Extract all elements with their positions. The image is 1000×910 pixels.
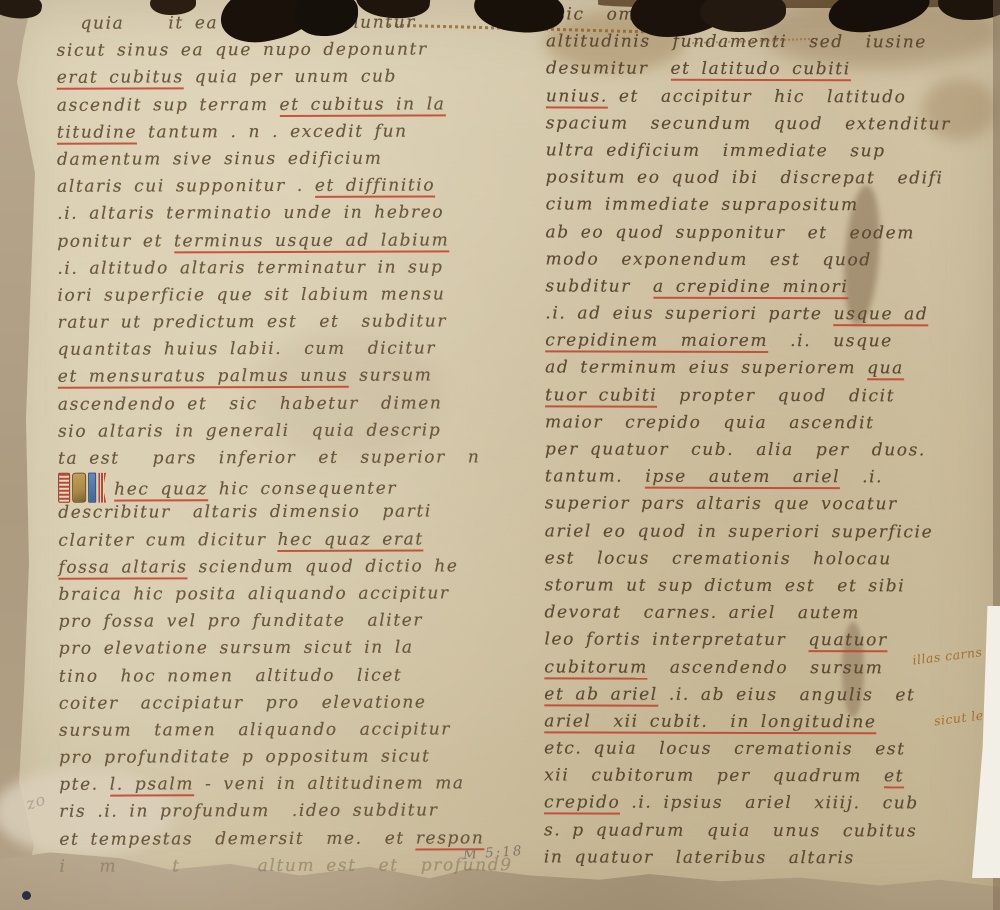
rubricated-segment: hec quaz bbox=[114, 479, 208, 501]
line-segment: .i. ad eius superiori parte bbox=[545, 303, 833, 324]
manuscript-line: sursum tamen aliquando accipitur bbox=[59, 716, 499, 745]
line-segment: altaris cui supponitur . bbox=[57, 176, 315, 197]
line-segment: sursum tamen aliquando accipitur bbox=[59, 719, 451, 740]
rubricated-segment: et bbox=[884, 767, 904, 789]
rubricated-segment: hec quaz erat bbox=[278, 529, 424, 552]
line-segment: s. p quadrum quia unus cubitus bbox=[544, 820, 917, 841]
manuscript-line: pro elevatione sursum sicut in la bbox=[59, 635, 499, 664]
rubricated-segment: l. psalm bbox=[110, 775, 194, 797]
line-segment: damentum sive sinus edificium bbox=[57, 149, 382, 170]
manuscript-line: crepidinem maiorem .i. usque bbox=[545, 328, 995, 356]
line-segment: ponitur et bbox=[57, 231, 174, 251]
manuscript-line: modo exponendum est quod bbox=[545, 246, 995, 274]
rubricated-segment: titudine bbox=[57, 122, 137, 144]
manuscript-line: erat cubitus quia per unum cub bbox=[57, 64, 497, 93]
manuscript-line: et tempestas demersit me. et respon bbox=[59, 825, 499, 854]
manuscript-line: quia it ea que supponuntur bbox=[56, 9, 496, 38]
manuscript-line: .i. altaris terminatio unde in hebreo bbox=[57, 200, 497, 229]
line-segment: ris .i. in profundum .ideo subditur bbox=[59, 801, 438, 822]
rubricated-segment: crepidinem maiorem bbox=[545, 331, 768, 354]
line-segment: i m t altum est et profund9 bbox=[59, 855, 512, 877]
manuscript-line: ariel eo quod in superiori superficie bbox=[545, 518, 995, 546]
manuscript-line: altaris cui supponitur . et diffinitio bbox=[57, 172, 497, 201]
line-segment: quia it ea que supponuntur bbox=[80, 13, 415, 34]
line-segment: modo exponendum est quod bbox=[545, 249, 871, 270]
manuscript-line: quantitas huius labii. cum dicitur bbox=[58, 335, 498, 364]
line-segment: etc. quia locus cremationis est bbox=[544, 738, 906, 759]
line-segment: sicut sinus ea que nupo deponuntr bbox=[57, 40, 428, 61]
manuscript-line: ratur ut predictum est et subditur bbox=[58, 308, 498, 337]
line-segment: - veni in altitudinem ma bbox=[194, 774, 465, 795]
manuscript-line: iori superficie que sit labium mensu bbox=[57, 281, 497, 310]
line-segment: superior pars altaris que vocatur bbox=[545, 494, 898, 515]
manuscript-line: clariter cum dicitur hec quaz erat bbox=[58, 526, 498, 555]
manuscript-line: in quatuor lateribus altaris bbox=[544, 844, 994, 872]
line-segment: ascendendo et sic habetur dimen bbox=[58, 393, 443, 414]
line-segment: .i. usque bbox=[768, 331, 893, 351]
line-segment: in quatuor lateribus altaris bbox=[544, 847, 855, 868]
line-segment: iori superficie que sit labium mensu bbox=[57, 284, 445, 305]
manuscript-line: est locus cremationis holocau bbox=[545, 545, 995, 573]
line-segment: et accipitur hic latitudo bbox=[608, 86, 907, 107]
line-segment: propter quod dicit bbox=[657, 385, 895, 406]
manuscript-line: pte. l. psalm - veni in altitudinem ma bbox=[59, 770, 499, 799]
manuscript-line: desumitur et latitudo cubiti bbox=[546, 56, 996, 84]
manuscript-line: et mensuratus palmus unus sursum bbox=[58, 363, 498, 392]
manuscript-line: titudine tantum . n . excedit fun bbox=[57, 118, 497, 147]
manuscript-line: tino hoc nomen altitudo licet bbox=[59, 662, 499, 691]
manuscript-line: tuor cubiti propter quod dicit bbox=[545, 382, 995, 410]
manuscript-line: ad terminum eius superiorem qua bbox=[545, 355, 995, 383]
manuscript-line: cium immediate suprapositum bbox=[546, 192, 996, 220]
line-segment: spacium secundum quod extenditur bbox=[546, 113, 951, 134]
rubricated-segment: usque ad bbox=[834, 304, 929, 326]
line-segment: positum eo quod ibi discrepat edifi bbox=[546, 168, 944, 189]
manuscript-line: i m t altum est et profund9 bbox=[59, 852, 499, 881]
line-segment: .i. bbox=[840, 467, 883, 487]
manuscript-line: coiter accipiatur pro elevatione bbox=[59, 689, 499, 718]
manuscript-line: maior crepido quia ascendit bbox=[545, 409, 995, 437]
manuscript-line: hec quaz hic consequenter bbox=[58, 471, 498, 500]
rubricated-segment: cubitorum bbox=[544, 657, 648, 679]
line-segment: pro profunditate p oppositum sicut bbox=[59, 747, 431, 768]
line-segment: hic consequenter bbox=[208, 479, 397, 500]
initial-ornament bbox=[72, 473, 86, 503]
line-segment: ultra edificium immediate sup bbox=[546, 140, 886, 161]
rubricated-segment: crepido bbox=[544, 793, 620, 815]
manuscript-line: positum eo quod ibi discrepat edifi bbox=[546, 165, 996, 193]
line-segment: ascendit sup terram bbox=[57, 95, 280, 116]
manuscript-line: unius. et accipitur hic latitudo bbox=[546, 83, 996, 111]
line-segment: ab eo quod supponitur et eodem bbox=[546, 222, 916, 243]
initial-ornament bbox=[98, 473, 106, 503]
line-segment: xii cubitorum per quadrum bbox=[544, 766, 884, 787]
line-segment: leo fortis interpretatur bbox=[544, 630, 808, 651]
manuscript-line: tantum. ipse autem ariel .i. bbox=[545, 464, 995, 492]
line-segment: ascendendo sursum bbox=[648, 657, 884, 678]
manuscript-line: sio altaris in generali quia descrip bbox=[58, 417, 498, 446]
manuscript-line: superior pars altaris que vocatur bbox=[545, 491, 995, 519]
rubricated-segment: et ab ariel bbox=[544, 684, 658, 706]
line-segment: .i. altitudo altaris terminatur in sup bbox=[57, 257, 443, 278]
line-segment: maior crepido quia ascendit bbox=[545, 412, 875, 433]
manuscript-line: crepido .i. ipsius ariel xiiij. cub bbox=[544, 790, 994, 818]
line-segment: ta est pars inferior et superior n bbox=[58, 447, 480, 468]
line-segment: sciendum quod dictio he bbox=[188, 556, 459, 577]
initial-ornament bbox=[58, 473, 70, 503]
rubricated-segment: et cubitus in la bbox=[279, 94, 445, 117]
manuscript-line: describitur altaris dimensio parti bbox=[58, 499, 498, 528]
rubricated-segment: quatuor bbox=[808, 630, 887, 652]
rubricated-segment: unius. bbox=[546, 86, 608, 108]
line-segment: tantum. bbox=[545, 467, 645, 487]
manuscript-line: fossa altaris sciendum quod dictio he bbox=[58, 553, 498, 582]
line-segment: sursum bbox=[348, 366, 432, 386]
line-segment: clariter cum dicitur bbox=[58, 530, 277, 551]
manuscript-line: .i. ad eius superiori parte usque ad bbox=[545, 300, 995, 328]
line-segment: describitur altaris dimensio parti bbox=[58, 502, 432, 523]
rubricated-segment: et latitudo cubiti bbox=[670, 59, 850, 81]
line-segment: subditur bbox=[545, 276, 653, 296]
line-segment: coiter accipiatur pro elevatione bbox=[59, 692, 427, 713]
line-segment: braica hic posita aliquando accipitur bbox=[58, 583, 449, 604]
manuscript-line: braica hic posita aliquando accipitur bbox=[58, 580, 498, 609]
line-segment: ariel eo quod in superiori superficie bbox=[545, 521, 934, 542]
rubricated-segment: a crepidine minori bbox=[653, 277, 848, 300]
rubricated-segment: ariel xii cubit. in longitudine bbox=[544, 711, 876, 734]
rubricated-segment: tuor cubiti bbox=[545, 385, 657, 407]
manuscript-line: sicut sinus ea que nupo deponuntr bbox=[57, 36, 497, 65]
line-segment: .i. altaris terminatio unde in hebreo bbox=[57, 203, 444, 224]
rubricated-segment: et diffinitio bbox=[315, 176, 435, 198]
line-segment: quia per unum cub bbox=[184, 67, 397, 88]
line-segment: ratur ut predictum est et subditur bbox=[58, 311, 448, 332]
line-segment: .i. ab eius angulis et bbox=[658, 684, 916, 705]
line-segment: est locus cremationis holocau bbox=[545, 548, 892, 569]
manuscript-line: ascendit sup terram et cubitus in la bbox=[57, 91, 497, 120]
line-segment: pro elevatione sursum sicut in la bbox=[59, 638, 414, 659]
line-segment: devorat carnes. ariel autem bbox=[545, 603, 861, 624]
line-segment: pte. bbox=[59, 775, 110, 795]
line-segment: tino hoc nomen altitudo licet bbox=[59, 665, 403, 686]
manuscript-line: per quatuor cub. alia per duos. bbox=[545, 436, 995, 464]
manuscript-line: ab eo quod supponitur et eodem bbox=[545, 219, 995, 247]
line-segment: .i. ipsius ariel xiiij. cub bbox=[620, 793, 918, 814]
manuscript-line: ponitur et terminus usque ad labium bbox=[57, 227, 497, 256]
manuscript-line: altitudinis fundamenti sed iusine bbox=[546, 29, 996, 57]
initial-ornament bbox=[88, 473, 96, 503]
manuscript-photo: quia it ea que supponuntursicut sinus ea… bbox=[0, 0, 1000, 910]
line-segment: quantitas huius labii. cum dicitur bbox=[58, 339, 436, 360]
line-segment: cium immediate suprapositum bbox=[546, 195, 859, 216]
manuscript-line: damentum sive sinus edificium bbox=[57, 145, 497, 174]
line-segment: tantum . n . excedit fun bbox=[137, 121, 408, 142]
manuscript-line: ascendendo et sic habetur dimen bbox=[58, 390, 498, 419]
burnt-top-edge bbox=[598, 0, 1000, 8]
line-segment: desumitur bbox=[546, 59, 671, 79]
rubricated-segment: terminus usque ad labium bbox=[174, 230, 449, 253]
line-segment: sio altaris in generali quia descrip bbox=[58, 420, 441, 441]
manuscript-line: pro fossa vel pro funditate aliter bbox=[59, 607, 499, 636]
decorated-initial bbox=[58, 473, 106, 503]
manuscript-line: s. p quadrum quia unus cubitus bbox=[544, 817, 994, 845]
line-segment: altitudinis fundamenti sed iusine bbox=[546, 32, 927, 53]
rubricated-segment: ipse autem ariel bbox=[645, 467, 840, 490]
line-segment: storum ut sup dictum est et sibi bbox=[545, 575, 906, 596]
rubricated-segment: erat cubitus bbox=[57, 68, 184, 90]
text-column-left: quia it ea que supponuntursicut sinus ea… bbox=[56, 9, 499, 881]
line-segment: ad terminum eius superiorem bbox=[545, 358, 867, 379]
line-segment: per quatuor cub. alia per duos. bbox=[545, 439, 926, 460]
manuscript-line: ultra edificium immediate sup bbox=[546, 137, 996, 165]
rubricated-segment: et mensuratus palmus unus bbox=[58, 366, 349, 389]
manuscript-line: subditur a crepidine minori bbox=[545, 273, 995, 301]
rubricated-segment: qua bbox=[867, 359, 904, 381]
manuscript-line: .i. altitudo altaris terminatur in sup bbox=[57, 254, 497, 283]
rubricated-segment: fossa altaris bbox=[58, 557, 187, 579]
manuscript-line: spacium secundum quod extenditur bbox=[546, 110, 996, 138]
manuscript-line: storum ut sup dictum est et sibi bbox=[545, 572, 995, 600]
manuscript-line: pro profunditate p oppositum sicut bbox=[59, 743, 499, 772]
manuscript-line: ta est pars inferior et superior n bbox=[58, 444, 498, 473]
line-segment: et tempestas demersit me. et bbox=[59, 828, 415, 849]
manuscript-line: ris .i. in profundum .ideo subditur bbox=[59, 798, 499, 827]
line-segment: pro fossa vel pro funditate aliter bbox=[59, 611, 424, 632]
